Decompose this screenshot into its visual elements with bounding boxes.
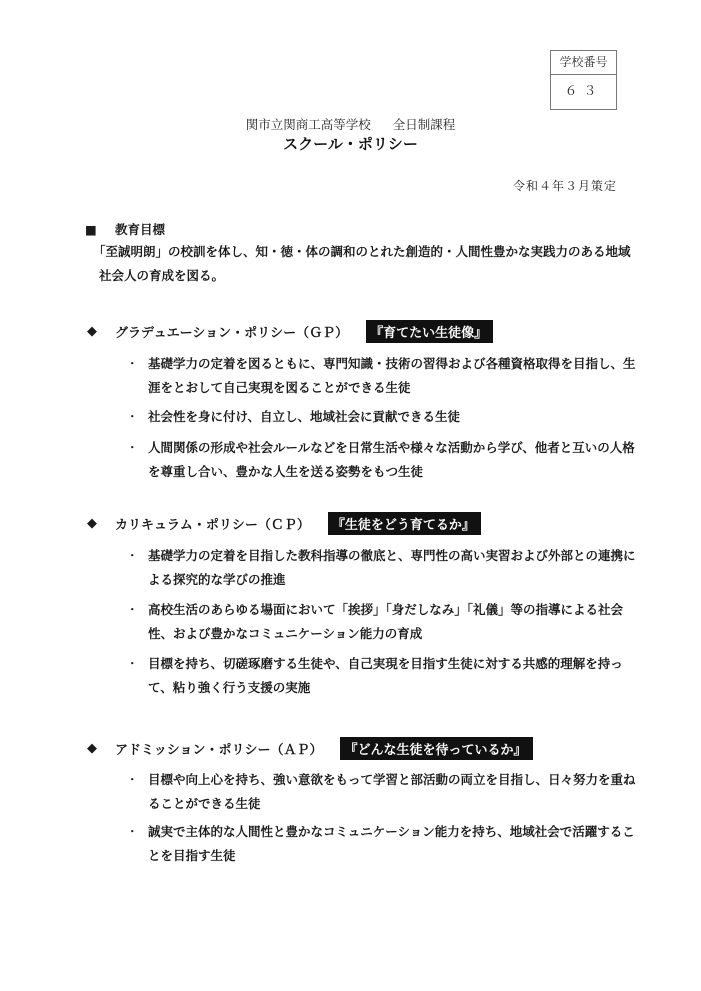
school-number-value: ６３: [551, 75, 616, 109]
list-item: ・ 誠実で主体的な人間性と豊かなコミュニケーション能力を持ち、地域社会で活躍する…: [126, 820, 646, 868]
dot-bullet-icon: ・: [126, 652, 146, 676]
curriculum-policy-heading: ◆ カリキュラム・ポリシー（ＣＰ） 『生徒をどう育てるか』: [87, 512, 481, 535]
list-item: ・ 基礎学力の定着を目指した教科指導の徹底と、専門性の高い実習および外部との連携…: [126, 544, 646, 592]
policy-title: カリキュラム・ポリシー（ＣＰ）: [115, 514, 310, 533]
dot-bullet-icon: ・: [126, 544, 146, 568]
admission-policy-heading: ◆ アドミッション・ポリシー（ＡＰ） 『どんな生徒を待っているか』: [87, 737, 533, 760]
policy-tag: 『どんな生徒を待っているか』: [340, 737, 532, 760]
policy-title: グラデュエーション・ポリシー（ＧＰ）: [115, 322, 348, 341]
education-goal-line-1: 「至誠明朗」の校訓を体し、知・徳・体の調和のとれた創造的・人間性豊かな実践力のあ…: [93, 244, 631, 259]
list-item: ・ 高校生活のあらゆる場面において「挨拶」「身だしなみ」「礼儀」等の指導による社…: [126, 598, 646, 646]
square-bullet-icon: ■: [85, 222, 115, 237]
diamond-bullet-icon: ◆: [87, 324, 115, 339]
dot-bullet-icon: ・: [126, 436, 146, 460]
education-goal-line-2: 社会人の育成を図る。: [93, 264, 633, 288]
policy-tag: 『生徒をどう育てるか』: [328, 512, 481, 535]
diamond-bullet-icon: ◆: [87, 516, 115, 531]
policy-tag: 『育てたい生徒像』: [366, 320, 493, 343]
school-name-line: 関市立関商工高等学校全日制課程: [0, 115, 701, 133]
established-date: 令和４年３月策定: [513, 177, 617, 194]
dot-bullet-icon: ・: [126, 405, 146, 429]
education-goal-title: 教育目標: [115, 222, 165, 237]
list-item: ・ 人間関係の形成や社会ルールなどを日常生活や様々な活動から学び、他者と互いの人…: [126, 436, 646, 484]
list-item: ・ 社会性を身に付け、自立し、地域社会に貢献できる生徒: [126, 405, 646, 429]
policy-title: アドミッション・ポリシー（ＡＰ）: [115, 739, 322, 758]
school-number-box: 学校番号 ６３: [550, 50, 617, 110]
dot-bullet-icon: ・: [126, 352, 146, 376]
course-name: 全日制課程: [393, 117, 456, 132]
graduation-policy-heading: ◆ グラデュエーション・ポリシー（ＧＰ） 『育てたい生徒像』: [87, 320, 493, 343]
dot-bullet-icon: ・: [126, 598, 146, 622]
list-item: ・ 目標を持ち、切磋琢磨する生徒や、自己実現を目指す生徒に対する共感的理解を持っ…: [126, 652, 646, 700]
education-goal-text: 「至誠明朗」の校訓を体し、知・徳・体の調和のとれた創造的・人間性豊かな実践力のあ…: [93, 240, 633, 288]
dot-bullet-icon: ・: [126, 768, 146, 792]
school-name: 関市立関商工高等学校: [246, 117, 371, 132]
list-item: ・ 基礎学力の定着を図るともに、専門知識・技術の習得および各種資格取得を目指し、…: [126, 352, 646, 400]
list-item: ・ 目標や向上心を持ち、強い意欲をもって学習と部活動の両立を目指し、日々努力を重…: [126, 768, 646, 816]
dot-bullet-icon: ・: [126, 820, 146, 844]
school-number-label: 学校番号: [551, 51, 616, 75]
diamond-bullet-icon: ◆: [87, 741, 115, 756]
education-goal-heading: ■教育目標: [85, 220, 165, 238]
page-title: スクール・ポリシー: [0, 133, 701, 154]
